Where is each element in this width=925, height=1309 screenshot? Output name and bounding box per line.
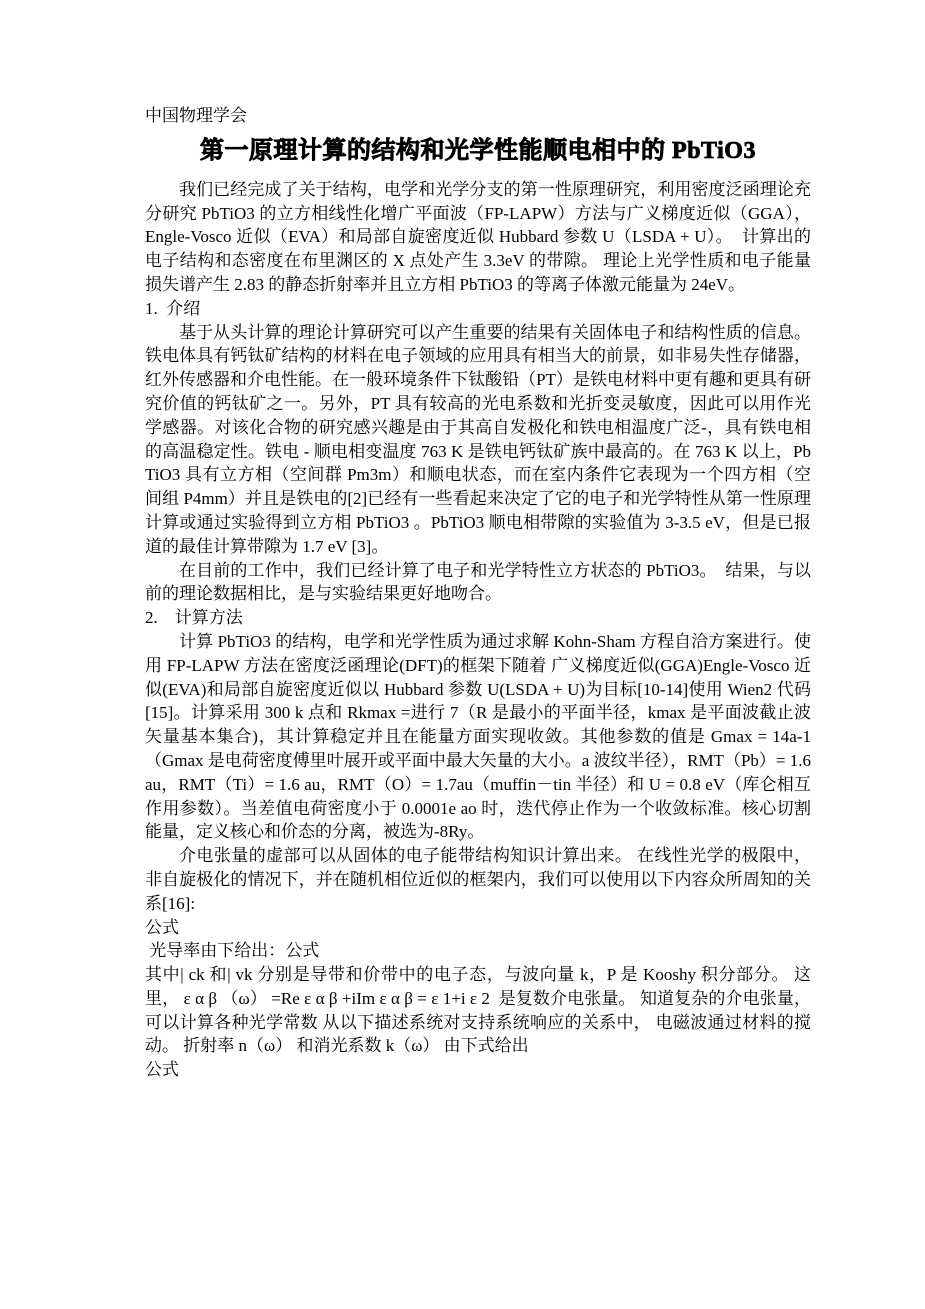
optical-conductivity-line: 光导率由下给出：公式 (145, 939, 811, 963)
abstract-paragraph: 我们已经完成了关于结构，电学和光学分支的第一性原理研究，利用密度泛函理论充分研究… (145, 178, 811, 297)
present-work-paragraph: 在目前的工作中，我们已经计算了电子和光学特性立方状态的 PbTiO3。 结果，与… (145, 559, 811, 607)
document-body: 我们已经完成了关于结构，电学和光学分支的第一性原理研究，利用密度泛函理论充分研究… (145, 178, 811, 1082)
introduction-paragraph: 基于从头计算的理论计算研究可以产生重要的结果有关固体电子和结构性质的信息。铁电体… (145, 321, 811, 559)
methods-paragraph: 计算 PbTiO3 的结构，电学和光学性质为通过求解 Kohn-Sham 方程自… (145, 630, 811, 844)
section-heading-2: 2. 计算方法 (145, 606, 811, 630)
document-content: 中国物理学会 第一原理计算的结构和光学性能顺电相中的 PbTiO3 我们已经完成… (145, 104, 811, 1082)
formula-placeholder: 公式 (145, 916, 811, 940)
document-page: 中国物理学会 第一原理计算的结构和光学性能顺电相中的 PbTiO3 我们已经完成… (0, 0, 925, 1309)
formula-placeholder: 公式 (145, 1058, 811, 1082)
section-heading-1: 1. 介绍 (145, 297, 811, 321)
dielectric-paragraph: 介电张量的虚部可以从固体的电子能带结构知识计算出来。 在线性光学的极限中，非自旋… (145, 844, 811, 915)
paper-title: 第一原理计算的结构和光学性能顺电相中的 PbTiO3 (145, 133, 811, 169)
dielectric-tensor-paragraph: 其中| ck 和| vk 分别是导带和价带中的电子态，与波向量 k，P 是 Ko… (145, 963, 811, 1058)
publisher-name: 中国物理学会 (145, 104, 811, 128)
